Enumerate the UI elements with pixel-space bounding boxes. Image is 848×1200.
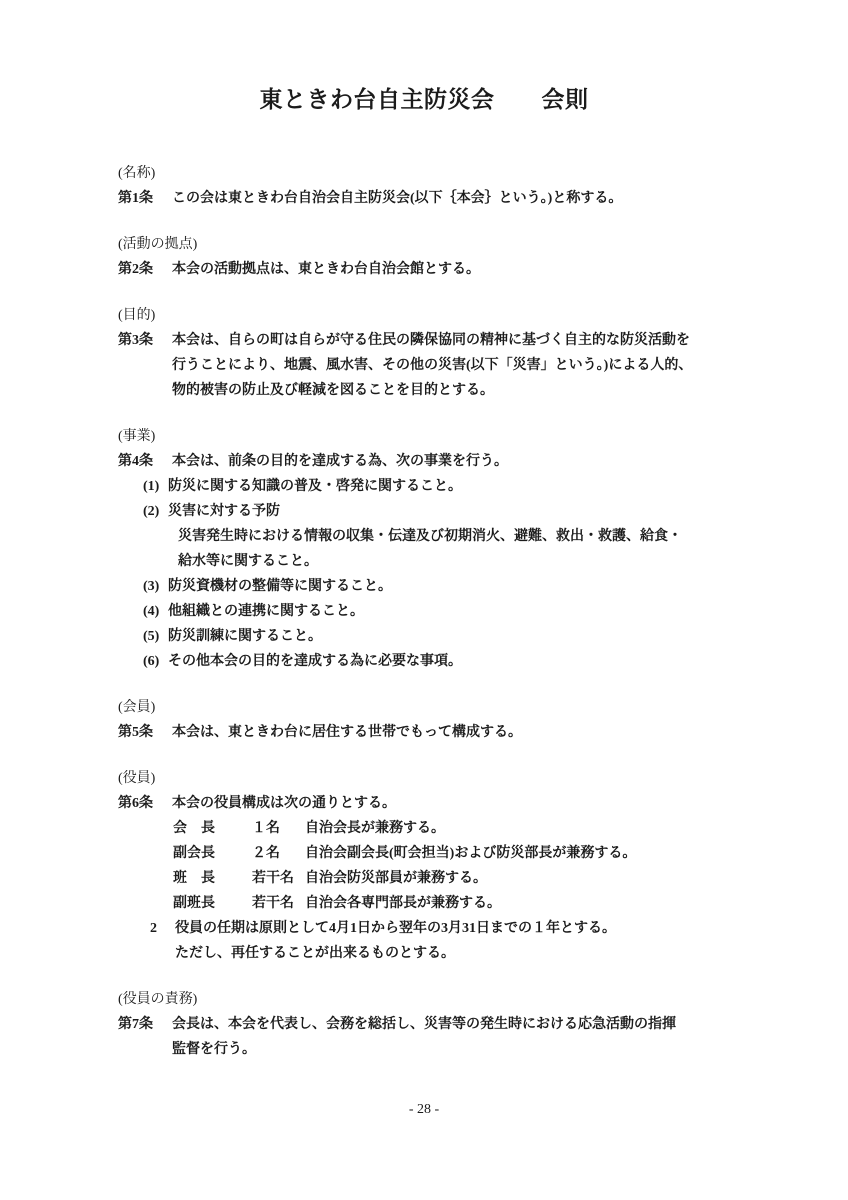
section-heading: (役員)	[118, 766, 818, 791]
article-line: 監督を行う。	[172, 1037, 818, 1062]
article-text: この会は東ときわ台自治会自主防災会(以下｛本会｝という。)と称する。	[172, 186, 818, 211]
role-title: 副会長	[173, 841, 252, 866]
sub-paragraph-line: ただし、再任することが出来るものとする。	[175, 941, 818, 966]
role-count: 若干名	[252, 891, 305, 916]
article-line: 本会の役員構成は次の通りとする。	[172, 791, 818, 816]
article: 第1条この会は東ときわ台自治会自主防災会(以下｛本会｝という。)と称する。	[118, 186, 818, 211]
list-item-subline: 給水等に関すること。	[168, 549, 818, 574]
article-text: 本会は、自らの町は自らが守る住民の隣保協同の精神に基づく自主的な防災活動を行うこ…	[172, 328, 818, 403]
list-item-text: 災害に対する予防災害発生時における情報の収集・伝達及び初期消火、避難、救出・救護…	[168, 499, 818, 574]
list-item-line: 防災資機材の整備等に関すること。	[168, 574, 818, 599]
article-label: 第6条	[118, 791, 172, 816]
article: 第4条本会は、前条の目的を達成する為、次の事業を行う。	[118, 449, 818, 474]
article: 第6条本会の役員構成は次の通りとする。	[118, 791, 818, 816]
article-label: 第3条	[118, 328, 172, 403]
role-title: 会 長	[173, 816, 252, 841]
article-text: 本会の役員構成は次の通りとする。	[172, 791, 818, 816]
section: (活動の拠点)第2条本会の活動拠点は、東ときわ台自治会館とする。	[118, 232, 818, 282]
section-heading: (会員)	[118, 695, 818, 720]
role-description: 自治会防災部員が兼務する。	[305, 866, 818, 891]
article-label: 第1条	[118, 186, 172, 211]
list-item: (6)その他本会の目的を達成する為に必要な事項。	[118, 649, 818, 674]
section: (会員)第5条本会は、東ときわ台に居住する世帯でもって構成する。	[118, 695, 818, 745]
sub-paragraph-line: 役員の任期は原則として4月1日から翌年の3月31日までの１年とする。	[175, 916, 818, 941]
role-title: 副班長	[173, 891, 252, 916]
list-item-number: (3)	[143, 574, 168, 599]
section: (名称)第1条この会は東ときわ台自治会自主防災会(以下｛本会｝という。)と称する…	[118, 161, 818, 211]
role-row: 会 長１名自治会長が兼務する。	[118, 816, 818, 841]
list-item: (4)他組織との連携に関すること。	[118, 599, 818, 624]
list-item-number: (6)	[143, 649, 168, 674]
list-item-text: 防災に関する知識の普及・啓発に関すること。	[168, 474, 818, 499]
role-description: 自治会各専門部長が兼務する。	[305, 891, 818, 916]
list-item-line: その他本会の目的を達成する為に必要な事項。	[168, 649, 818, 674]
article-line: この会は東ときわ台自治会自主防災会(以下｛本会｝という。)と称する。	[172, 186, 818, 211]
section: (役員)第6条本会の役員構成は次の通りとする。会 長１名自治会長が兼務する。副会…	[118, 766, 818, 966]
list-item: (1)防災に関する知識の普及・啓発に関すること。	[118, 474, 818, 499]
role-title: 班 長	[173, 866, 252, 891]
article-line: 行うことにより、地震、風水害、その他の災害(以下「災害」という。)による人的、	[172, 353, 818, 378]
article: 第2条本会の活動拠点は、東ときわ台自治会館とする。	[118, 257, 818, 282]
list-item: (2)災害に対する予防災害発生時における情報の収集・伝達及び初期消火、避難、救出…	[118, 499, 818, 574]
role-count: １名	[252, 816, 305, 841]
document-body: (名称)第1条この会は東ときわ台自治会自主防災会(以下｛本会｝という。)と称する…	[118, 161, 818, 1062]
list-item-line: 災害に対する予防	[168, 499, 818, 524]
list-item-line: 防災訓練に関すること。	[168, 624, 818, 649]
role-row: 班 長若干名自治会防災部員が兼務する。	[118, 866, 818, 891]
role-row: 副班長若干名自治会各専門部長が兼務する。	[118, 891, 818, 916]
role-count: ２名	[252, 841, 305, 866]
list-item-subline: 災害発生時における情報の収集・伝達及び初期消火、避難、救出・救護、給食・	[168, 524, 818, 549]
article: 第5条本会は、東ときわ台に居住する世帯でもって構成する。	[118, 720, 818, 745]
section: (役員の責務)第7条会長は、本会を代表し、会務を総括し、災害等の発生時における応…	[118, 987, 818, 1062]
sub-paragraph: 2役員の任期は原則として4月1日から翌年の3月31日までの１年とする。ただし、再…	[118, 916, 818, 966]
section-heading: (活動の拠点)	[118, 232, 818, 257]
section-heading: (名称)	[118, 161, 818, 186]
article-text: 会長は、本会を代表し、会務を総括し、災害等の発生時における応急活動の指揮監督を行…	[172, 1012, 818, 1062]
role-row: 副会長２名自治会副会長(町会担当)および防災部長が兼務する。	[118, 841, 818, 866]
list-item-number: (4)	[143, 599, 168, 624]
article-label: 第4条	[118, 449, 172, 474]
page-number: - 28 -	[0, 1100, 848, 1120]
section-heading: (役員の責務)	[118, 987, 818, 1012]
section: (事業)第4条本会は、前条の目的を達成する為、次の事業を行う。(1)防災に関する…	[118, 424, 818, 674]
sub-paragraph-number: 2	[150, 916, 175, 966]
article-text: 本会は、東ときわ台に居住する世帯でもって構成する。	[172, 720, 818, 745]
list-item: (5)防災訓練に関すること。	[118, 624, 818, 649]
article-line: 本会は、東ときわ台に居住する世帯でもって構成する。	[172, 720, 818, 745]
article-label: 第7条	[118, 1012, 172, 1062]
article-line: 本会の活動拠点は、東ときわ台自治会館とする。	[172, 257, 818, 282]
role-description: 自治会長が兼務する。	[305, 816, 818, 841]
list-item-line: 他組織との連携に関すること。	[168, 599, 818, 624]
section-heading: (目的)	[118, 303, 818, 328]
article: 第7条会長は、本会を代表し、会務を総括し、災害等の発生時における応急活動の指揮監…	[118, 1012, 818, 1062]
article-line: 本会は、自らの町は自らが守る住民の隣保協同の精神に基づく自主的な防災活動を	[172, 328, 818, 353]
list-item-text: 他組織との連携に関すること。	[168, 599, 818, 624]
role-count: 若干名	[252, 866, 305, 891]
article: 第3条本会は、自らの町は自らが守る住民の隣保協同の精神に基づく自主的な防災活動を…	[118, 328, 818, 403]
article-label: 第5条	[118, 720, 172, 745]
article-line: 本会は、前条の目的を達成する為、次の事業を行う。	[172, 449, 818, 474]
document-title: 東ときわ台自主防災会 会則	[0, 0, 848, 116]
list-item-number: (5)	[143, 624, 168, 649]
document-page: 東ときわ台自主防災会 会則 (名称)第1条この会は東ときわ台自治会自主防災会(以…	[0, 0, 848, 1200]
list-item-number: (2)	[143, 499, 168, 574]
role-description: 自治会副会長(町会担当)および防災部長が兼務する。	[305, 841, 818, 866]
section-heading: (事業)	[118, 424, 818, 449]
list-item-number: (1)	[143, 474, 168, 499]
list-item-line: 防災に関する知識の普及・啓発に関すること。	[168, 474, 818, 499]
article-text: 本会の活動拠点は、東ときわ台自治会館とする。	[172, 257, 818, 282]
article-label: 第2条	[118, 257, 172, 282]
list-item-text: 防災資機材の整備等に関すること。	[168, 574, 818, 599]
article-line: 会長は、本会を代表し、会務を総括し、災害等の発生時における応急活動の指揮	[172, 1012, 818, 1037]
section: (目的)第3条本会は、自らの町は自らが守る住民の隣保協同の精神に基づく自主的な防…	[118, 303, 818, 403]
list-item-text: その他本会の目的を達成する為に必要な事項。	[168, 649, 818, 674]
list-item: (3)防災資機材の整備等に関すること。	[118, 574, 818, 599]
sub-paragraph-text: 役員の任期は原則として4月1日から翌年の3月31日までの１年とする。ただし、再任…	[175, 916, 818, 966]
article-line: 物的被害の防止及び軽減を図ることを目的とする。	[172, 378, 818, 403]
article-text: 本会は、前条の目的を達成する為、次の事業を行う。	[172, 449, 818, 474]
list-item-text: 防災訓練に関すること。	[168, 624, 818, 649]
